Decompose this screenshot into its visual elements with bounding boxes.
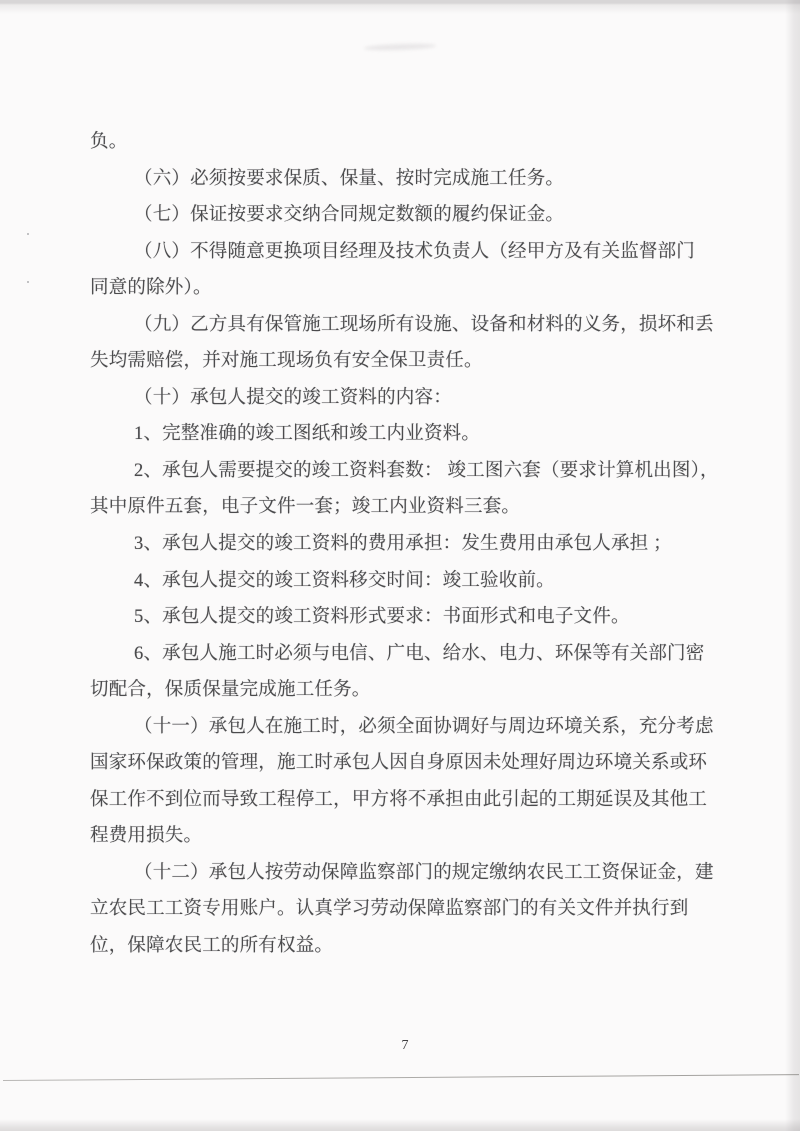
scan-speck [27,281,29,283]
document-line: （七）保证按要求交纳合同规定数额的履约保证金。 [90,197,730,234]
document-line: 5、承包人提交的竣工资料形式要求：书面形式和电子文件。 [90,599,730,636]
document-line: 4、承包人提交的竣工资料移交时间：竣工验收前。 [90,563,730,600]
page-number: 7 [0,1038,800,1054]
document-line: 国家环保政策的管理，施工时承包人因自身原因未处理好周边环境关系或环 [90,745,730,782]
document-line: （十二）承包人按劳动保障监察部门的规定缴纳农民工工资保证金，建 [90,855,730,892]
document-line: 1、完整准确的竣工图纸和竣工内业资料。 [90,416,730,453]
scan-edge-top [0,0,800,14]
document-line: （八）不得随意更换项目经理及技术负责人（经甲方及有关监督部门 [90,234,730,271]
document-line: 同意的除外）。 [90,270,730,307]
document-line: 负。 [90,124,730,161]
document-line: 失均需赔偿，并对施工现场负有安全保卫责任。 [90,343,730,380]
document-line: （九）乙方具有保管施工现场所有设施、设备和材料的义务，损坏和丢 [90,307,730,344]
document-line: 保工作不到位而导致工程停工，甲方将不承担由此引起的工期延误及其他工 [90,782,730,819]
document-line: 3、承包人提交的竣工资料的费用承担：发生费用由承包人承担 ； [90,526,730,563]
document-line: （十一）承包人在施工时，必须全面协调好与周边环境关系，充分考虑 [90,709,730,746]
document-line: 2、承包人需要提交的竣工资料套数： 竣工图六套（要求计算机出图）， [90,453,730,490]
document-line: 其中原件五套，电子文件一套；竣工内业资料三套。 [90,489,730,526]
scan-edge-bottom [0,1119,800,1131]
document-line: 程费用损失。 [90,818,730,855]
document-line: （十）承包人提交的竣工资料的内容： [90,380,730,417]
document-line: （六）必须按要求保质、保量、按时完成施工任务。 [90,161,730,198]
scanned-page: 负。 （六）必须按要求保质、保量、按时完成施工任务。 （七）保证按要求交纳合同规… [0,0,800,1131]
document-body: 负。 （六）必须按要求保质、保量、按时完成施工任务。 （七）保证按要求交纳合同规… [90,124,730,965]
footer-divider-line [3,1074,799,1081]
scan-speck [27,233,29,235]
scan-edge-right [785,0,800,1131]
document-line: 切配合，保质保量完成施工任务。 [90,672,730,709]
document-line: 6、承包人施工时必须与电信、广电、给水、电力、环保等有关部门密 [90,636,730,673]
document-line: 立农民工工资专用账户。认真学习劳动保障监察部门的有关文件并执行到 [90,891,730,928]
document-line: 位，保障农民工的所有权益。 [90,928,730,965]
scan-smudge-mark [364,43,436,52]
